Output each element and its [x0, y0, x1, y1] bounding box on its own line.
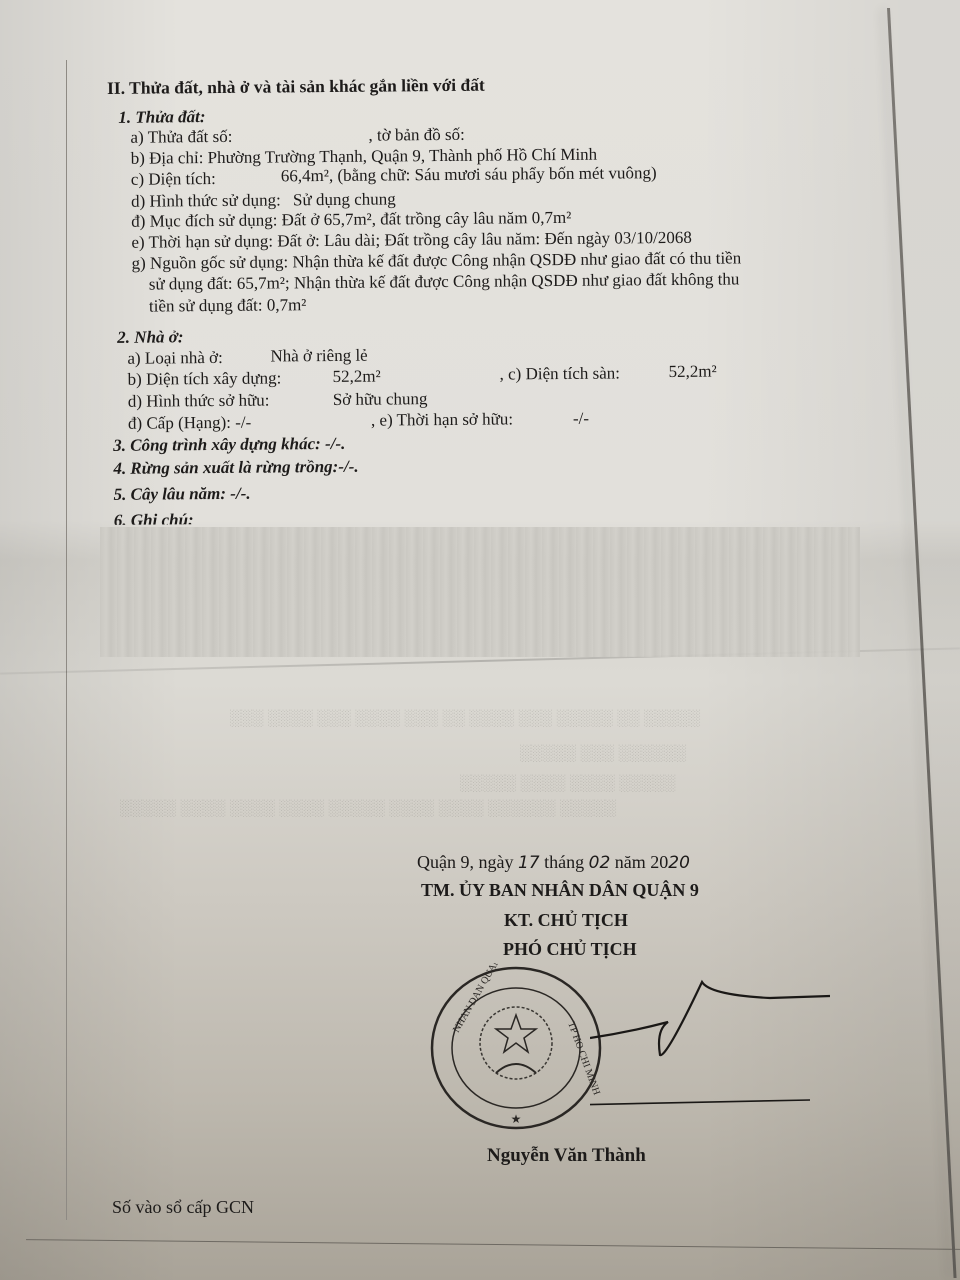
floor-area-label: , c) Diện tích sàn:	[499, 363, 620, 384]
signer-role-1: KT. CHỦ TỊCH	[504, 910, 628, 931]
parcel-no-label: a) Thửa đất số:	[130, 127, 232, 148]
house-heading: 2. Nhà ở:	[117, 327, 183, 348]
signer-role-2: PHÓ CHỦ TỊCH	[503, 939, 637, 960]
term-value: Đất ở: Lâu dài; Đất trồng cây lâu năm: Đ…	[277, 228, 692, 251]
origin-line-2: sử dụng đất: 65,7m²; Nhận thừa kế đất đư…	[149, 269, 740, 294]
area-value: 66,4m², (bằng chữ: Sáu mươi sáu phẩy bốn…	[281, 163, 657, 186]
svg-text:NHAN DAN QUAN 9: NHAN DAN QUAN 9	[451, 963, 507, 1035]
signing-date: Quận 9, ngày 17 tháng 02 năm 2020	[417, 852, 690, 873]
svg-text:★: ★	[511, 1112, 522, 1126]
ownership-value: Sở hữu chung	[333, 389, 428, 410]
origin-label: g) Nguồn gốc sử dụng:	[132, 252, 289, 272]
build-area-value: 52,2m²	[333, 367, 381, 387]
address-label: b) Địa chỉ:	[131, 148, 204, 168]
date-month: 02	[589, 853, 611, 873]
date-prefix: Quận 9, ngày	[417, 852, 513, 872]
year-label: năm 20	[615, 852, 669, 872]
issuing-authority: TM. ỦY BAN NHÂN DÂN QUẬN 9	[421, 880, 699, 901]
other-works: 3. Công trình xây dựng khác: -/-.	[113, 434, 345, 456]
origin-line-1: Nhận thừa kế đất được Công nhận QSDĐ như…	[292, 248, 741, 271]
month-label: tháng	[544, 852, 584, 872]
house-type-label: a) Loại nhà ở:	[127, 348, 223, 369]
ownership-label: d) Hình thức sở hữu:	[128, 391, 270, 412]
section-title: II. Thửa đất, nhà ở và tài sản khác gắn …	[107, 75, 485, 98]
origin-line-3: tiền sử dụng đất: 0,7m²	[149, 295, 307, 316]
house-type-value: Nhà ở riêng lẻ	[270, 346, 367, 367]
build-area-label: b) Diện tích xây dựng:	[128, 368, 282, 389]
registry-number-label: Số vào sổ cấp GCN	[112, 1197, 254, 1218]
own-term-value: -/-	[573, 409, 589, 429]
grade-label: đ) Cấp (Hạng):	[128, 413, 231, 433]
own-term-label: , e) Thời hạn sở hữu:	[371, 409, 513, 430]
purpose-label: đ) Mục đích sử dụng:	[131, 210, 277, 230]
land-heading: 1. Thửa đất:	[118, 107, 205, 128]
perennial-trees: 5. Cây lâu năm: -/-.	[114, 484, 251, 505]
date-year-suffix: 20	[668, 853, 690, 873]
floor-area-value: 52,2m²	[668, 362, 716, 382]
official-seal-icon: ★ NHAN DAN QUAN 9 TP HO CHI MINH	[428, 963, 604, 1133]
term-label: e) Thời hạn sử dụng:	[131, 231, 273, 251]
signer-name: Nguyễn Văn Thành	[487, 1145, 646, 1167]
date-day: 17	[518, 853, 540, 873]
purpose-value: Đất ở 65,7m², đất trồng cây lâu năm 0,7m…	[282, 208, 572, 230]
map-sheet-label: , tờ bản đồ số:	[368, 125, 465, 146]
area-label: c) Diện tích:	[131, 169, 216, 189]
handwritten-signature	[590, 960, 830, 1110]
use-form-value: Sử dụng chung	[293, 189, 396, 209]
notes-heading: 6. Ghi chú:	[114, 510, 194, 525]
production-forest: 4. Rừng sản xuất là rừng trồng:-/-.	[113, 457, 358, 479]
grade-value: -/-	[235, 413, 251, 432]
use-form-label: d) Hình thức sử dụng:	[131, 190, 281, 210]
